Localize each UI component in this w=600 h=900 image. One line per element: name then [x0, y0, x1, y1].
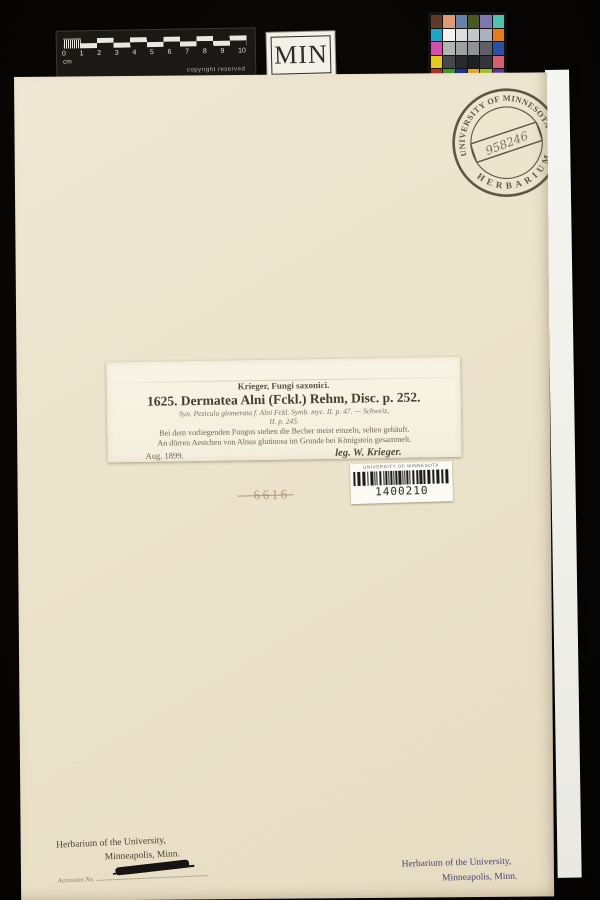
barcode-number: 1400210 [375, 483, 429, 498]
ruler-number: 10 [238, 47, 246, 54]
ruler-number: 2 [97, 50, 101, 57]
color-swatch [456, 15, 467, 28]
color-swatch [456, 42, 467, 55]
ruler-number: 9 [220, 48, 224, 55]
ruler-number: 3 [115, 50, 119, 57]
barcode-bars [353, 469, 450, 486]
stamp-handwritten-number: 958246 [483, 128, 530, 158]
ruler-unit-label: cm [63, 59, 72, 66]
ruler-numbers: 012345678910 [62, 47, 246, 57]
specimen-photo-scene: 012345678910 cm copyright reserved MIN U… [0, 0, 600, 900]
color-swatch [456, 29, 467, 42]
herbarium-stamp-bottom-right: Herbarium of the University, Minneapolis… [402, 855, 518, 888]
color-swatch [480, 15, 491, 28]
color-swatch [431, 29, 442, 42]
color-swatch [480, 56, 491, 69]
color-swatch [443, 29, 454, 42]
blue-stamp-line-2: Minneapolis, Minn. [442, 870, 518, 887]
ruler-checker-bar [64, 35, 247, 48]
color-swatch [431, 15, 442, 28]
collector-name: leg. W. Krieger. [335, 446, 402, 458]
ruler-millimeter-section [64, 38, 81, 48]
ruler-number: 0 [62, 51, 66, 58]
ruler-number: 8 [203, 48, 207, 55]
color-swatch [468, 56, 479, 69]
color-swatch [493, 42, 504, 55]
accession-number-stamp: 6616 [253, 487, 289, 501]
color-swatch [493, 29, 504, 42]
photo-scale-ruler: 012345678910 cm copyright reserved [57, 28, 256, 78]
ruler-number: 4 [132, 49, 136, 56]
ruler-number: 1 [80, 50, 84, 57]
ruler-number: 5 [150, 49, 154, 56]
color-swatch [480, 29, 491, 42]
color-swatch [431, 42, 442, 55]
color-swatch [493, 15, 504, 28]
color-swatch [431, 56, 442, 69]
color-swatch [443, 56, 454, 69]
specimen-label: Krieger, Fungi saxonici. 1625. Dermatea … [106, 357, 462, 463]
institution-code-tag: MIN [266, 31, 335, 79]
herbarium-imprint-bottom-left: Herbarium of the University, Minneapolis… [56, 831, 228, 884]
color-swatch [468, 42, 479, 55]
color-swatch [493, 56, 504, 69]
color-swatch [456, 56, 467, 69]
color-swatch [480, 42, 491, 55]
ruler-number: 6 [168, 49, 172, 56]
institution-code-label: MIN [271, 35, 332, 74]
ruler-number: 7 [185, 48, 189, 55]
color-swatch [468, 29, 479, 42]
collection-date: Aug. 1899. [146, 450, 184, 462]
accession-no-label: Accession No. [58, 876, 95, 884]
color-swatch [443, 42, 454, 55]
color-swatch [468, 15, 479, 28]
stamp-arc-bottom-text: HERBARIUM [473, 147, 554, 201]
herbarium-round-stamp: UNIVERSITY OF MINNESOTA HERBARIUM 958246 [436, 72, 554, 213]
barcode-label: UNIVERSITY OF MINNESOTA 1400210 [350, 461, 453, 504]
round-stamp-graphic: UNIVERSITY OF MINNESOTA HERBARIUM 958246 [436, 72, 554, 213]
herbarium-sheet: UNIVERSITY OF MINNESOTA HERBARIUM 958246… [14, 72, 554, 900]
color-swatch [443, 15, 454, 28]
